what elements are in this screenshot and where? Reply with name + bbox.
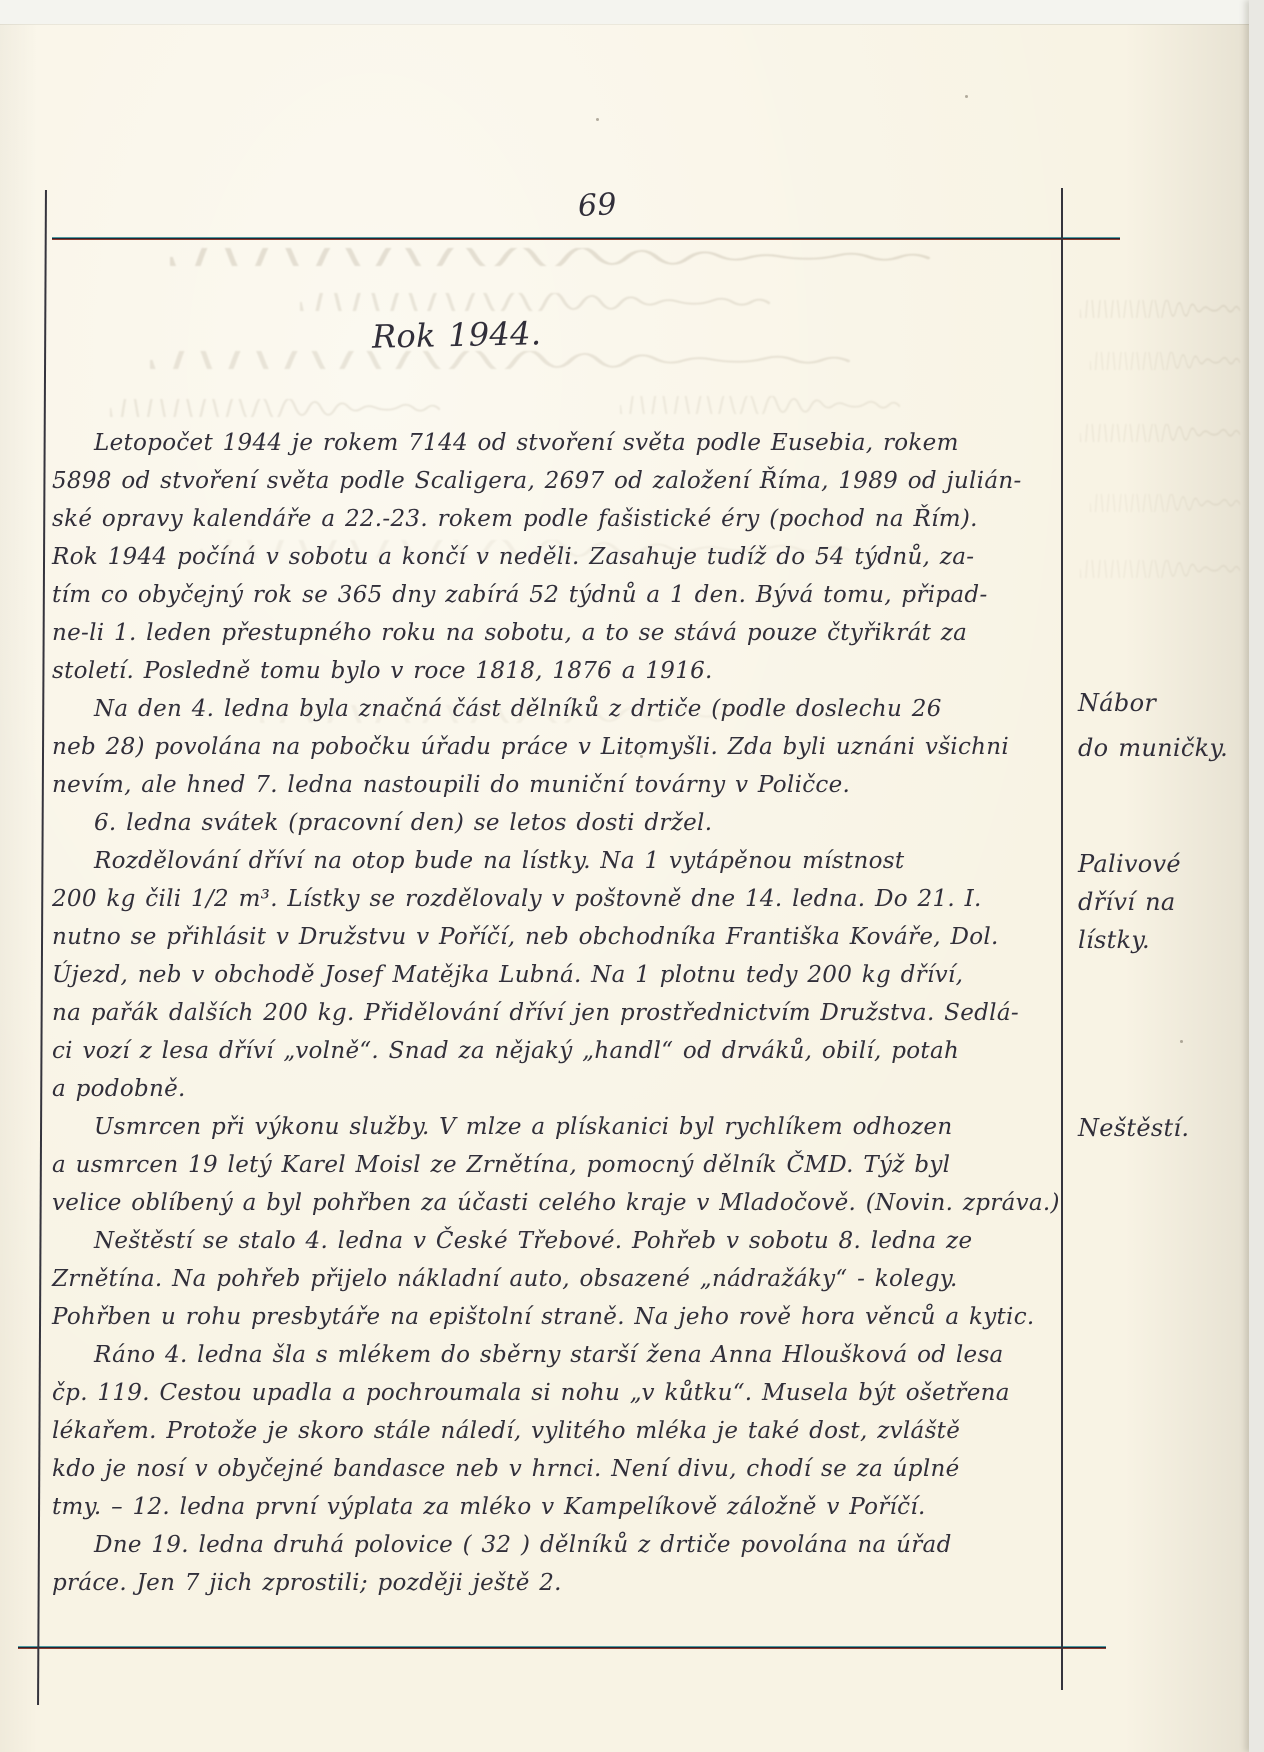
bleed-through-squiggle xyxy=(1090,352,1240,370)
bleed-through-squiggle xyxy=(620,396,900,414)
handwritten-line: neb 28) povolána na pobočku úřadu práce … xyxy=(52,728,1057,766)
bleed-through-squiggle xyxy=(1080,300,1240,318)
chronicle-text-block: Letopočet 1944 je rokem 7144 od stvoření… xyxy=(52,424,1057,1602)
handwritten-line: Dne 19. ledna druhá polovice ( 32 ) děln… xyxy=(52,1526,1057,1564)
handwritten-line: práce. Jen 7 jich zprostili; později ješ… xyxy=(52,1564,1057,1602)
margin-note: Nábor do muničky. xyxy=(1078,681,1228,771)
bleed-through-squiggle xyxy=(300,293,770,311)
handwritten-line: Rozdělování dříví na otop bude na lístky… xyxy=(52,842,1057,880)
handwritten-line: tmy. – 12. ledna první výplata za mléko … xyxy=(52,1488,1057,1526)
handwritten-line: Neštěstí se stalo 4. ledna v České Třebo… xyxy=(52,1222,1057,1260)
handwritten-line: Ráno 4. ledna šla s mlékem do sběrny sta… xyxy=(52,1336,1057,1374)
handwritten-line: Zrnětína. Na pohřeb přijelo nákladní aut… xyxy=(52,1260,1057,1298)
bleed-through-squiggle xyxy=(110,399,440,417)
handwritten-line: Rok 1944 počíná v sobotu a končí v neděl… xyxy=(52,538,1057,576)
scanner-edge-right xyxy=(1249,0,1264,1752)
handwritten-line: nutno se přihlásit v Družstvu v Poříčí, … xyxy=(52,918,1057,956)
handwritten-line: lékařem. Protože je skoro stále náledí, … xyxy=(52,1412,1057,1450)
handwritten-line: ne-li 1. leden přestupného roku na sobot… xyxy=(52,614,1057,652)
margin-note-line: Neštěstí. xyxy=(1078,1108,1189,1148)
handwritten-line: na pařák dalších 200 kg. Přidělování dří… xyxy=(52,994,1057,1032)
margin-note-line: Palivové xyxy=(1078,845,1181,883)
page-number: 69 xyxy=(577,187,618,224)
scanner-edge-top xyxy=(0,0,1264,25)
handwritten-line: Na den 4. ledna byla značná část dělníků… xyxy=(52,690,1057,728)
ruled-line-bottom xyxy=(18,1646,1106,1649)
handwritten-line: Usmrcen při výkonu služby. V mlze a plís… xyxy=(52,1108,1057,1146)
margin-note-line: lístky. xyxy=(1078,921,1181,959)
handwritten-line: století. Posledně tomu bylo v roce 1818,… xyxy=(52,652,1057,690)
bleed-through-squiggle xyxy=(1080,560,1240,578)
margin-rule-right xyxy=(1061,188,1063,1690)
handwritten-line: ci vozí z lesa dříví „volně“. Snad za ně… xyxy=(52,1032,1057,1070)
handwritten-line: Pohřben u rohu presbytáře na epištolní s… xyxy=(52,1298,1057,1336)
chronicle-heading: Rok 1944. xyxy=(372,314,542,356)
handwritten-line: 6. ledna svátek (pracovní den) se letos … xyxy=(52,804,1057,842)
handwritten-line: velice oblíbený a byl pohřben za účasti … xyxy=(52,1184,1057,1222)
margin-note-line: Nábor xyxy=(1078,681,1228,726)
handwritten-line: a usmrcen 19 letý Karel Moisl ze Zrnětín… xyxy=(52,1146,1057,1184)
margin-rule-left xyxy=(37,190,47,1705)
bleed-through-squiggle xyxy=(1080,424,1240,442)
handwritten-line: 5898 od stvoření světa podle Scaligera, … xyxy=(52,462,1057,500)
ink-speck xyxy=(1180,1040,1183,1043)
handwritten-line: Újezd, neb v obchodě Josef Matějka Lubná… xyxy=(52,956,1057,994)
handwritten-line: Letopočet 1944 je rokem 7144 od stvoření… xyxy=(52,424,1057,462)
margin-note: Palivové dříví na lístky. xyxy=(1078,845,1181,959)
ruled-line-top xyxy=(52,237,1120,240)
handwritten-line: a podobně. xyxy=(52,1070,1057,1108)
bleed-through-squiggle xyxy=(170,248,930,266)
chronicle-page-scan: 69 Rok 1944. Letopočet 1944 je rokem 714… xyxy=(0,0,1264,1752)
bleed-through-squiggle xyxy=(150,351,850,369)
handwritten-line: kdo je nosí v obyčejné bandasce neb v hr… xyxy=(52,1450,1057,1488)
handwritten-line: ské opravy kalendáře a 22.-23. rokem pod… xyxy=(52,500,1057,538)
handwritten-line: tím co obyčejný rok se 365 dny zabírá 52… xyxy=(52,576,1057,614)
ink-speck xyxy=(965,95,968,98)
ink-speck xyxy=(596,118,599,121)
handwritten-line: 200 kg čili 1/2 m³. Lístky se rozděloval… xyxy=(52,880,1057,918)
handwritten-line: čp. 119. Cestou upadla a pochroumala si … xyxy=(52,1374,1057,1412)
margin-note-line: dříví na xyxy=(1078,883,1181,921)
margin-note: Neštěstí. xyxy=(1078,1108,1189,1148)
handwritten-line: nevím, ale hned 7. ledna nastoupili do m… xyxy=(52,766,1057,804)
margin-note-line: do muničky. xyxy=(1078,726,1228,771)
bleed-through-squiggle xyxy=(1090,494,1240,512)
